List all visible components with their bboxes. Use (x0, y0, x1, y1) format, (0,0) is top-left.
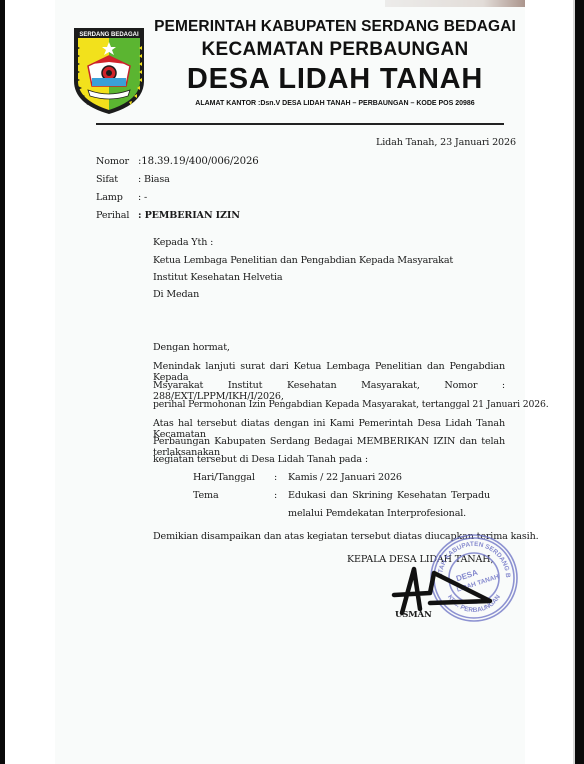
signatory-name: USMAN (395, 610, 432, 620)
letterhead-village: DESA LIDAH TANAH (150, 63, 520, 96)
meta-value-sifat: : Biasa (138, 174, 170, 185)
detail-value-theme-1: Edukasi dan Skrining Kesehatan Terpadu (288, 490, 490, 501)
detail-value-theme-2: melalui Pemdekatan Interprofesional. (288, 508, 466, 519)
svg-text:SERDANG BEDAGAI: SERDANG BEDAGAI (79, 32, 139, 38)
detail-label-date: Hari/Tanggal (193, 472, 255, 483)
meta-value-perihal: : PEMBERIAN IZIN (138, 210, 240, 221)
greeting: Dengan hormat, (153, 342, 230, 353)
detail-value-date: Kamis / 22 Januari 2026 (288, 472, 402, 483)
meta-label-sifat: Sifat (96, 174, 118, 185)
detail-label-theme: Tema (193, 490, 219, 501)
meta-label-perihal: Perihal (96, 210, 129, 221)
letterhead-district: KECAMATAN PERBAUNGAN (150, 39, 520, 61)
detail-sep-date: : (274, 472, 277, 483)
recipient-salutation: Kepada Yth : (153, 237, 213, 248)
paragraph-2-line-3: kegiatan tersebut di Desa Lidah Tanah pa… (153, 454, 368, 465)
recipient-line-2: Institut Kesehatan Helvetia (153, 272, 282, 283)
recipient-line-3: Di Medan (153, 289, 199, 300)
meta-label-lamp: Lamp (96, 192, 123, 203)
screen-frame-right (575, 0, 584, 764)
recipient-line-1: Ketua Lembaga Penelitian dan Pengabdian … (153, 255, 453, 266)
letterhead-address: ALAMAT KANTOR :Dsn.V DESA LIDAH TANAH – … (150, 100, 520, 107)
meta-value-lamp: : - (138, 192, 147, 203)
paragraph-1-line-3: perihal Permohonan Izin Pengabdian Kepad… (153, 399, 549, 410)
screen-frame-left (0, 0, 5, 764)
letterhead-government: PEMERINTAH KABUPATEN SERDANG BEDAGAI (150, 18, 520, 36)
detail-sep-theme: : (274, 490, 277, 501)
regency-emblem-icon: SERDANG BEDAGAI (70, 26, 148, 116)
place-date: Lidah Tanah, 23 Januari 2026 (376, 137, 516, 148)
meta-value-nomor: :18.39.19/400/006/2026 (138, 156, 259, 167)
paper-shadow (385, 0, 525, 7)
letterhead-divider (96, 123, 504, 125)
meta-label-nomor: Nomor (96, 156, 129, 167)
